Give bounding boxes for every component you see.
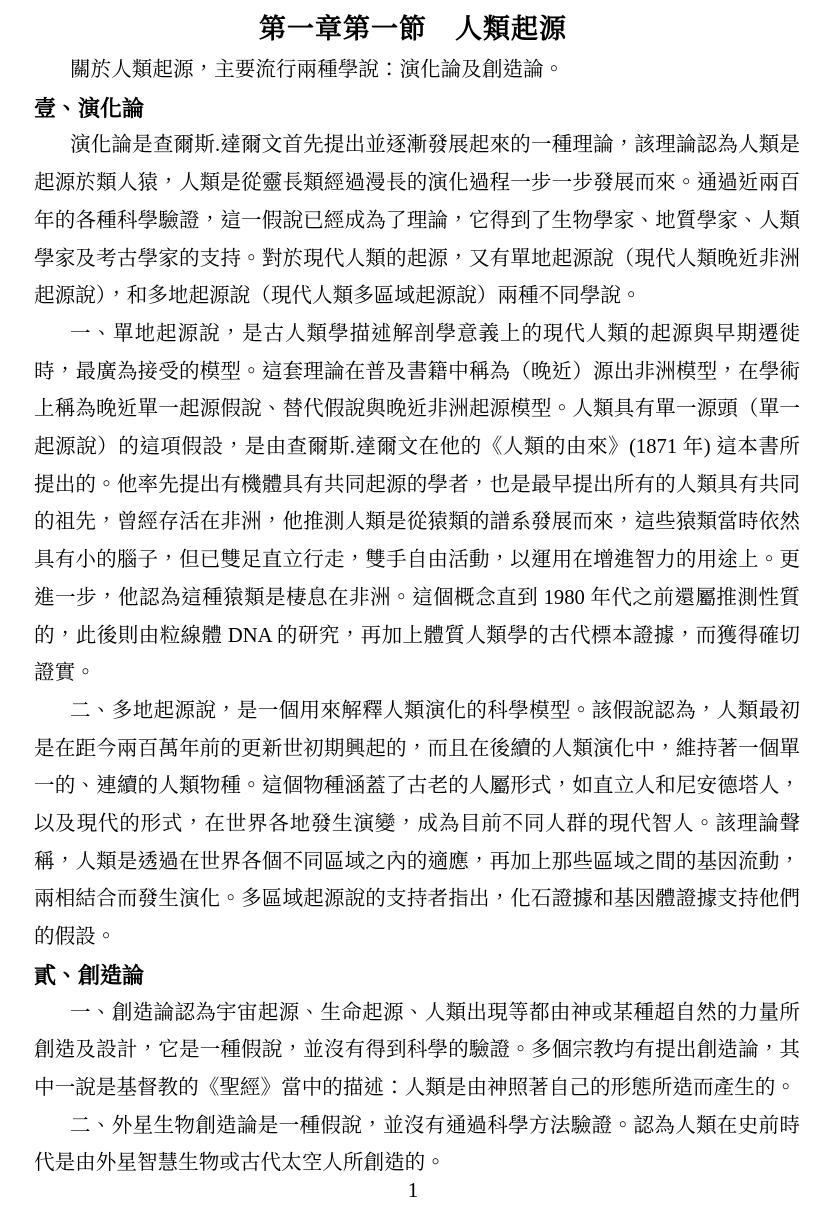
document-page: 第一章第一節 人類起源 關於人類起源，主要流行兩種學說：演化論及創造論。壹、演化… (0, 0, 826, 1212)
paragraph: 一、單地起源說，是古人類學描述解剖學意義上的現代人類的起源與早期遷徙時，最廣為接… (34, 316, 800, 693)
page-number: 1 (0, 1178, 826, 1202)
section-heading: 貳、創造論 (34, 957, 800, 995)
section-heading: 壹、演化論 (34, 90, 800, 128)
paragraph: 二、外星生物創造論是一種假說，並沒有通過科學方法驗證。認為人類在史前時代是由外星… (34, 1108, 800, 1183)
paragraph: 一、創造論認為宇宙起源、生命起源、人類出現等都由神或某種超自然的力量所創造及設計… (34, 995, 800, 1108)
paragraph: 關於人類起源，主要流行兩種學說：演化論及創造論。 (34, 52, 800, 90)
paragraph: 演化論是查爾斯.達爾文首先提出並逐漸發展起來的一種理論，該理論認為人類是起源於類… (34, 127, 800, 316)
paragraph: 二、多地起源說，是一個用來解釋人類演化的科學模型。該假說認為，人類最初是在距今兩… (34, 693, 800, 957)
document-title: 第一章第一節 人類起源 (0, 0, 826, 50)
document-body: 關於人類起源，主要流行兩種學說：演化論及創造論。壹、演化論演化論是查爾斯.達爾文… (0, 50, 826, 1183)
